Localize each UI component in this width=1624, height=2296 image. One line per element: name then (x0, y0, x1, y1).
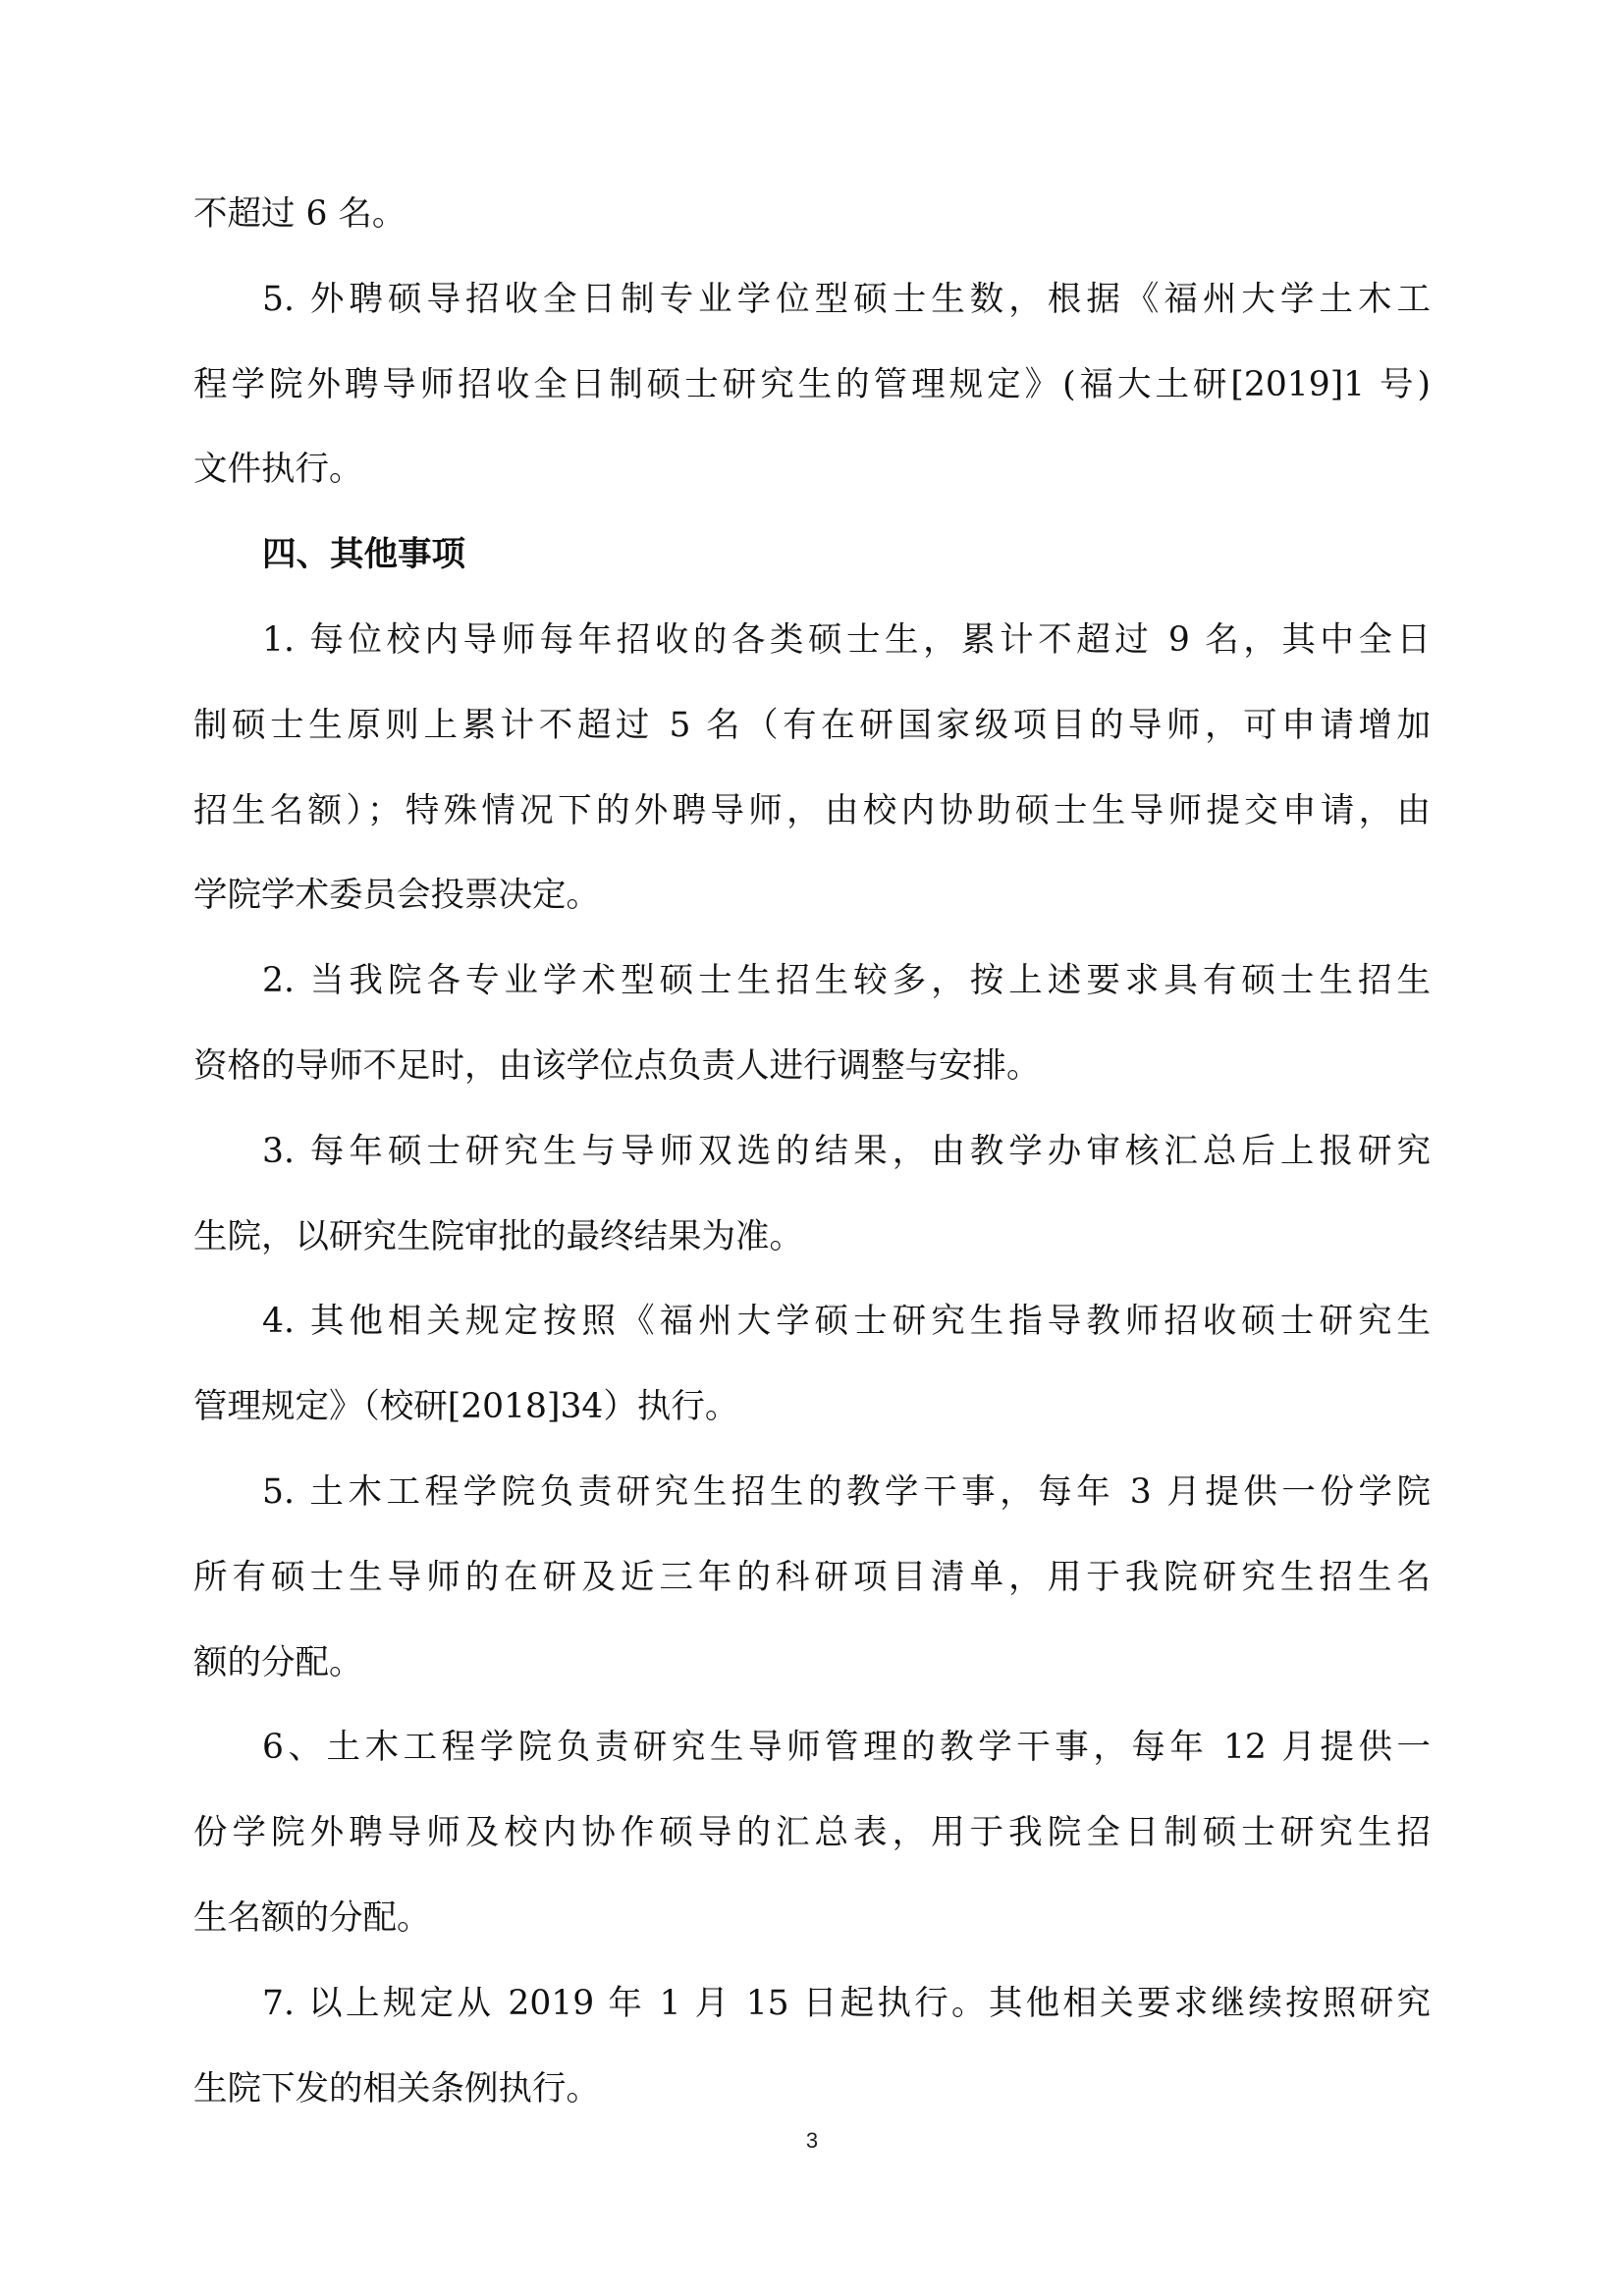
paragraph-line: 4. 其他相关规定按照《福州大学硕士研究生指导教师招收硕士研究生 (262, 1300, 1431, 1343)
paragraph-line: 不超过 6 名。 (193, 192, 1431, 236)
paragraph-line: 生名额的分配。 (193, 1896, 1431, 1940)
paragraph-line: 文件执行。 (193, 448, 1431, 491)
paragraph-line: 资格的导师不足时，由该学位点负责人进行调整与安排。 (193, 1044, 1431, 1088)
paragraph-line: 生院下发的相关条例执行。 (193, 2067, 1431, 2110)
paragraph-line: 程学院外聘导师招收全日制硕士研究生的管理规定》(福大土研[2019]1 号) (193, 363, 1431, 406)
paragraph-line: 额的分配。 (193, 1641, 1431, 1684)
paragraph-line: 所有硕士生导师的在研及近三年的科研项目清单，用于我院研究生招生名 (193, 1556, 1431, 1599)
paragraph-line: 5. 外聘硕导招收全日制专业学位型硕士生数，根据《福州大学土木工 (262, 278, 1431, 321)
paragraph-line: 招生名额）；特殊情况下的外聘导师，由校内协助硕士生导师提交申请，由 (193, 789, 1431, 832)
paragraph-line: 1. 每位校内导师每年招收的各类硕士生，累计不超过 9 名，其中全日 (262, 618, 1431, 662)
paragraph-line: 2. 当我院各专业学术型硕士生招生较多，按上述要求具有硕士生招生 (262, 959, 1431, 1002)
document-page: 不超过 6 名。5. 外聘硕导招收全日制专业学位型硕士生数，根据《福州大学土木工… (0, 0, 1624, 2296)
paragraph-line: 7. 以上规定从 2019 年 1 月 15 日起执行。其他相关要求继续按照研究 (262, 1982, 1431, 2025)
page-number: 3 (797, 2128, 827, 2154)
paragraph-line: 生院，以研究生院审批的最终结果为准。 (193, 1215, 1431, 1258)
paragraph-line: 5. 土木工程学院负责研究生招生的教学干事，每年 3 月提供一份学院 (262, 1470, 1431, 1514)
paragraph-line: 份学院外聘导师及校内协作硕导的汇总表，用于我院全日制硕士研究生招 (193, 1811, 1431, 1854)
paragraph-line: 制硕士生原则上累计不超过 5 名（有在研国家级项目的导师，可申请增加 (193, 704, 1431, 747)
paragraph-line: 6、土木工程学院负责研究生导师管理的教学干事，每年 12 月提供一 (262, 1726, 1431, 1769)
paragraph-line: 学院学术委员会投票决定。 (193, 874, 1431, 917)
paragraph-line: 3. 每年硕士研究生与导师双选的结果，由教学办审核汇总后上报研究 (262, 1130, 1431, 1173)
paragraph-line: 管理规定》（校研[2018]34）执行。 (193, 1385, 1431, 1428)
section-heading: 四、其他事项 (262, 533, 1431, 576)
